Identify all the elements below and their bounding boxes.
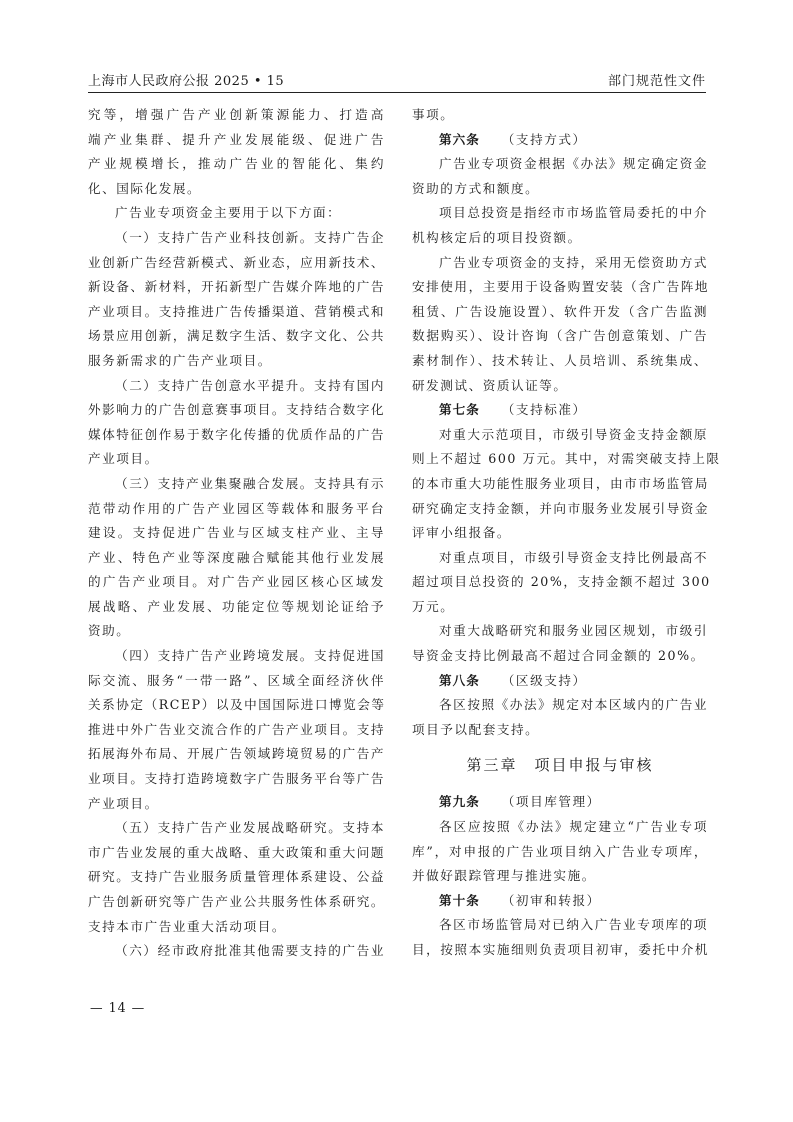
- text-line: 关系协定（RCEP）以及中国国际进口博览会等: [88, 693, 385, 718]
- left-column: 究等，增强广告产业创新策源能力、打造高端产业集群、提升产业发展能级、促进广告产业…: [88, 103, 385, 964]
- text-line: 研究确定支持金额，并向市服务业发展引导资金: [412, 497, 708, 522]
- text-line: 业创新广告经营新模式、新业态，应用新技术、: [88, 251, 385, 276]
- text-line: 并做好跟踪管理与推进实施。: [412, 864, 708, 889]
- article-number: 第八条: [439, 673, 480, 688]
- right-column-part-b: 第九条（项目库管理）各区应按照《办法》规定建立“广告业专项库”，对申报的广告业项…: [412, 790, 708, 962]
- article-heading: 第六条（支持方式）: [412, 128, 708, 153]
- text-line: 业项目。支持打造跨境数字广告服务平台等广告: [88, 767, 385, 792]
- text-line: 对重大示范项目，市级引导资金支持金额原: [412, 423, 708, 448]
- article-number: 第七条: [439, 402, 480, 417]
- text-line: 数据购买）、设计咨询（含广告创意策划、广告: [412, 324, 708, 349]
- text-line: 项目总投资是指经市市场监管局委托的中介: [412, 201, 708, 226]
- text-line: 广告业专项资金主要用于以下方面：: [88, 201, 385, 226]
- text-line: 产业规模增长，推动广告业的智能化、集约: [88, 152, 385, 177]
- text-line: 外影响力的广告创意赛事项目。支持结合数字化: [88, 398, 385, 423]
- text-line: 服务新需求的广告产业项目。: [88, 349, 385, 374]
- article-number: 第十条: [439, 893, 480, 908]
- publication-title: 上海市人民政府公报 2025 • 15: [88, 70, 284, 89]
- text-line: 的广告产业项目。对广告产业园区核心区域发: [88, 570, 385, 595]
- article-number: 第六条: [439, 132, 480, 147]
- text-line: 产业项目。: [88, 447, 385, 472]
- text-line: 资助。: [88, 619, 385, 644]
- text-line: 媒体特征创作易于数字化传播的优质作品的广告: [88, 423, 385, 448]
- text-line: 各区市场监管局对已纳入广告业专项库的项: [412, 913, 708, 938]
- text-line: 范带动作用的广告产业园区等载体和服务平台: [88, 497, 385, 522]
- page-header: 上海市人民政府公报 2025 • 15 部门规范性文件: [88, 66, 706, 93]
- text-line: （一）支持广告产业科技创新。支持广告企: [88, 226, 385, 251]
- article-heading: 第八条（区级支持）: [412, 669, 708, 694]
- text-line: 广告业专项资金根据《办法》规定确定资金: [412, 152, 708, 177]
- text-line: （五）支持广告产业发展战略研究。支持本: [88, 816, 385, 841]
- text-line: 产业项目。支持推进广告传播渠道、营销模式和: [88, 300, 385, 325]
- text-line: 市广告业发展的重大战略、重大政策和重大问题: [88, 841, 385, 866]
- text-line: 的本市重大功能性服务业项目，由市市场监管局: [412, 472, 708, 497]
- text-line: 导资金支持比例最高不超过合同金额的 20%。: [412, 644, 708, 669]
- right-column-part-a: 事项。第六条（支持方式）广告业专项资金根据《办法》规定确定资金资助的方式和额度。…: [412, 103, 708, 742]
- text-line: 目，按照本实施细则负责项目初审，委托中介机: [412, 938, 708, 963]
- text-line: 推进中外广告业交流合作的广告产业项目。支持: [88, 718, 385, 743]
- text-line: 机构核定后的项目投资额。: [412, 226, 708, 251]
- text-line: 研发测试、资质认证等。: [412, 374, 708, 399]
- text-line: 则上不超过 600 万元。其中，对需突破支持上限: [412, 447, 708, 472]
- text-line: 评审小组报备。: [412, 521, 708, 546]
- right-column: 事项。第六条（支持方式）广告业专项资金根据《办法》规定确定资金资助的方式和额度。…: [412, 103, 708, 963]
- text-line: 化、国际化发展。: [88, 177, 385, 202]
- article-number: 第九条: [439, 794, 480, 809]
- text-line: 资助的方式和额度。: [412, 177, 708, 202]
- article-heading: 第十条（初审和转报）: [412, 889, 708, 914]
- text-line: 产业、特色产业等深度融合赋能其他行业发展: [88, 546, 385, 571]
- text-line: 安排使用，主要用于设备购置安装（含广告阵地: [412, 275, 708, 300]
- text-line: 万元。: [412, 595, 708, 620]
- article-subtitle: （项目库管理）: [502, 794, 601, 809]
- text-line: 产业项目。: [88, 792, 385, 817]
- text-line: （六）经市政府批准其他需要支持的广告业: [88, 939, 385, 964]
- text-line: 素材制作）、技术转让、人员培训、系统集成、: [412, 349, 708, 374]
- text-line: 各区按照《办法》规定对本区域内的广告业: [412, 693, 708, 718]
- text-line: 广告业专项资金的支持，采用无偿资助方式: [412, 251, 708, 276]
- chapter-heading: 第三章 项目申报与审核: [412, 746, 708, 786]
- section-title: 部门规范性文件: [608, 70, 706, 89]
- text-line: 租赁、广告设施设置）、软件开发（含广告监测: [412, 300, 708, 325]
- text-line: （三）支持产业集聚融合发展。支持具有示: [88, 472, 385, 497]
- text-line: 对重点项目，市级引导资金支持比例最高不: [412, 546, 708, 571]
- text-line: 库”，对申报的广告业项目纳入广告业专项库，: [412, 840, 708, 865]
- text-line: 研究。支持广告业服务质量管理体系建设、公益: [88, 865, 385, 890]
- text-line: 际交流、服务“一带一路”、区域全面经济伙伴: [88, 669, 385, 694]
- article-subtitle: （区级支持）: [502, 673, 587, 688]
- text-line: 各区应按照《办法》规定建立“广告业专项: [412, 815, 708, 840]
- text-line: 建设。支持促进广告业与区域支柱产业、主导: [88, 521, 385, 546]
- text-line: 对重大战略研究和服务业园区规划，市级引: [412, 619, 708, 644]
- text-line: 究等，增强广告产业创新策源能力、打造高: [88, 103, 385, 128]
- text-line: 项目予以配套支持。: [412, 718, 708, 743]
- article-subtitle: （支持方式）: [502, 132, 587, 147]
- article-subtitle: （支持标准）: [502, 402, 587, 417]
- article-heading: 第七条（支持标准）: [412, 398, 708, 423]
- text-line: 新设备、新材料，开拓新型广告媒介阵地的广告: [88, 275, 385, 300]
- page-number: — 14 —: [90, 1000, 145, 1015]
- text-line: 展战略、产业发展、功能定位等规划论证给予: [88, 595, 385, 620]
- text-line: 拓展海外布局、开展广告领域跨境贸易的广告产: [88, 742, 385, 767]
- text-line: 支持本市广告业重大活动项目。: [88, 915, 385, 940]
- text-line: （四）支持广告产业跨境发展。支持促进国: [88, 644, 385, 669]
- text-line: 事项。: [412, 103, 708, 128]
- text-line: 场景应用创新，满足数字生活、数字文化、公共: [88, 324, 385, 349]
- article-heading: 第九条（项目库管理）: [412, 790, 708, 815]
- text-line: 端产业集群、提升产业发展能级、促进广告: [88, 128, 385, 153]
- text-line: 广告创新研究等广告产业公共服务性体系研究。: [88, 890, 385, 915]
- text-line: 超过项目总投资的 20%，支持金额不超过 300: [412, 570, 708, 595]
- text-line: （二）支持广告创意水平提升。支持有国内: [88, 374, 385, 399]
- article-subtitle: （初审和转报）: [502, 893, 601, 908]
